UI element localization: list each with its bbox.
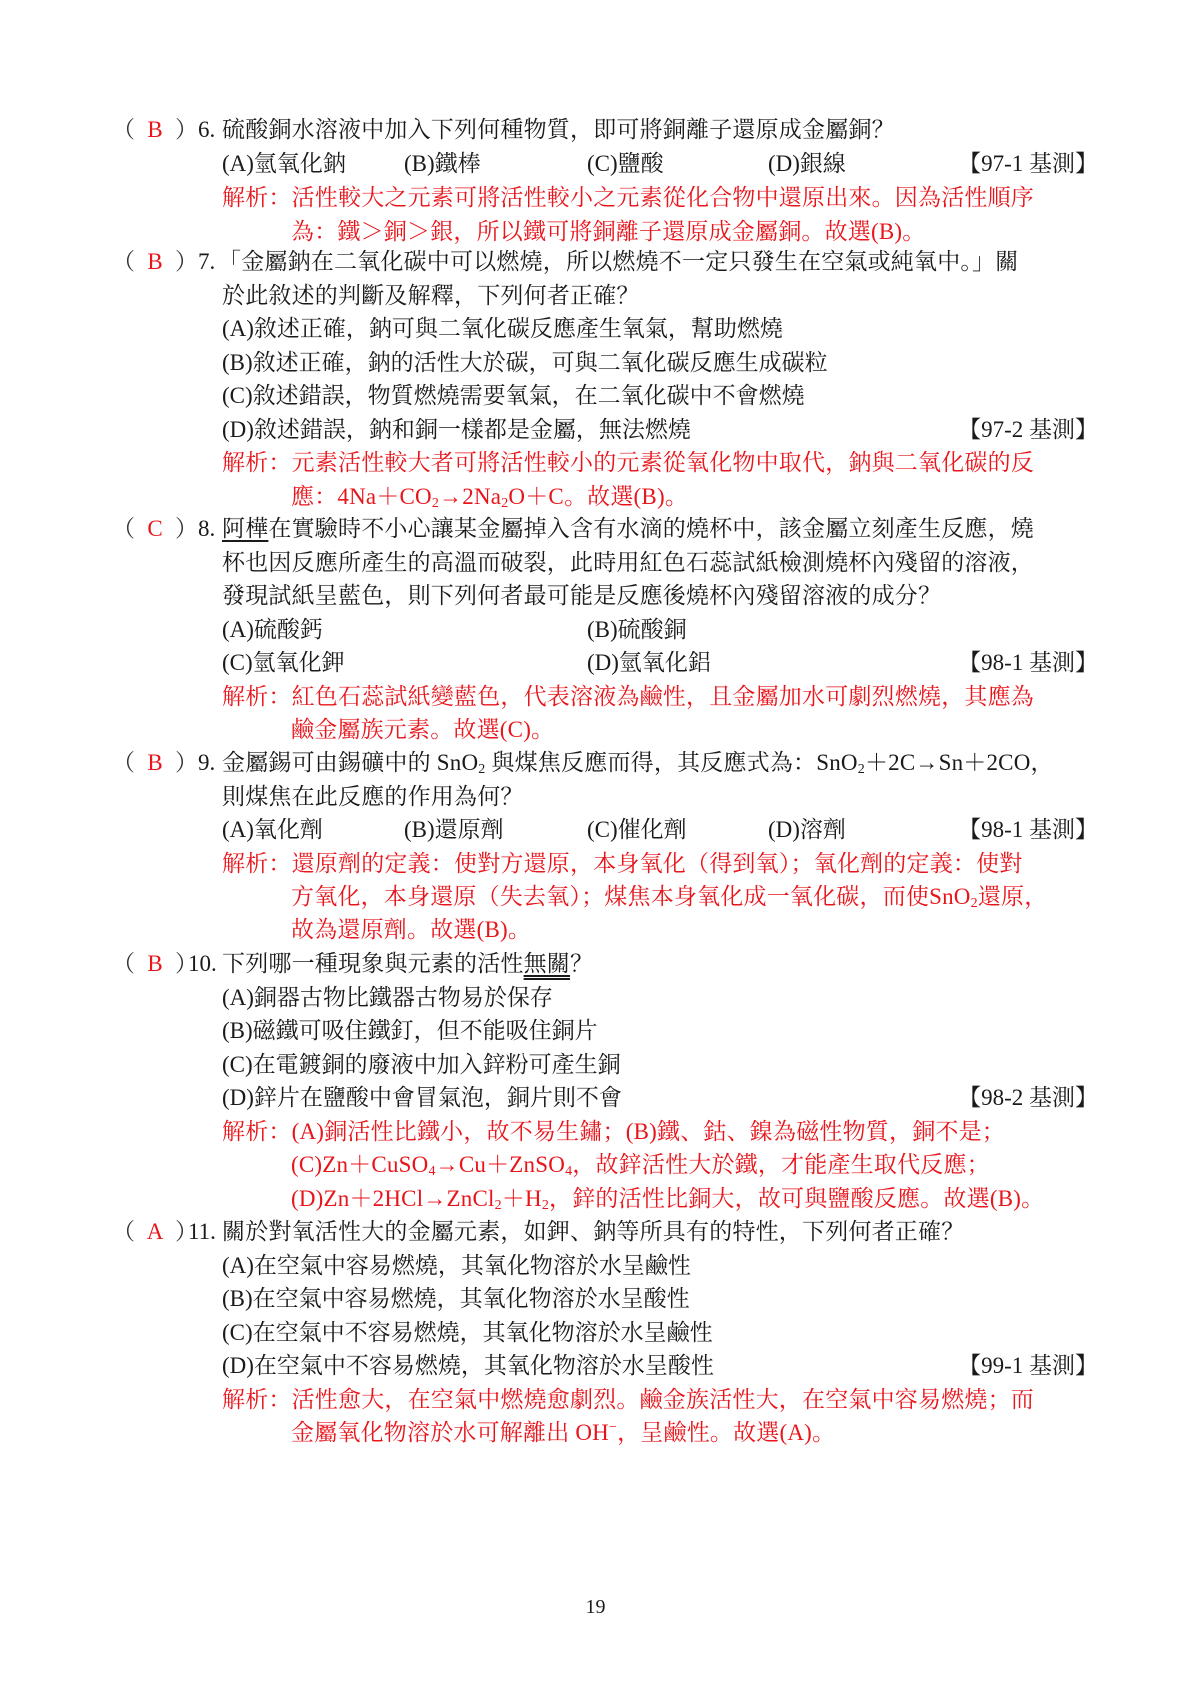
answer-box-q11: （A）: [112, 1214, 198, 1250]
answer-letter: B: [135, 946, 175, 982]
option-d: (D)溶劑: [768, 812, 846, 848]
text-segment: ，鋅的活性比銅大，故可與鹽酸反應。故選(B)。: [549, 1186, 1044, 1211]
answer-letter: C: [135, 511, 175, 547]
question-number: 9.: [198, 745, 215, 781]
option-b: (B)在空氣中容易燃燒，其氧化物溶於水呈酸性: [222, 1281, 690, 1317]
analysis: 解析：還原劑的定義：使對方還原，本身氧化（得到氧）；氧化劑的定義：使對: [222, 846, 1023, 882]
question-stem: 下列哪一種現象與元素的活性無關？: [222, 946, 593, 982]
option-d: (D)鋅片在鹽酸中會冒氣泡，銅片則不會: [222, 1080, 622, 1116]
analysis-line: 應：4Na＋CO2→2Na2O＋C。故選(B)。: [291, 479, 688, 515]
text-segment: 金屬氧化物溶於水可解離出 OH: [291, 1420, 609, 1445]
analysis: 解析：元素活性較大者可將活性較小的元素從氧化物中取代，鈉與二氧化碳的反: [222, 445, 1034, 481]
text-segment: ＋H: [502, 1186, 542, 1211]
option-a: (A)硫酸鈣: [222, 612, 323, 648]
option-b: (B)敘述正確，鈉的活性大於碳，可與二氧化碳反應生成碳粒: [222, 345, 828, 381]
option-d: (D)銀線: [768, 146, 846, 182]
analysis-line: (C)Zn＋CuSO4→Cu＋ZnSO4，故鋅活性大於鐵，才能產生取代反應；: [291, 1147, 990, 1183]
text-segment: →2Na: [439, 484, 501, 509]
question-stem: 則煤焦在此反應的作用為何？: [222, 779, 524, 815]
option-c: (C)氫氧化鉀: [222, 645, 345, 681]
analysis-label: 解析：: [222, 185, 292, 210]
option-a: (A)在空氣中容易燃燒，其氧化物溶於水呈鹼性: [222, 1248, 691, 1284]
option-b: (B)鐵棒: [404, 146, 481, 182]
analysis-line: 鹼金屬族元素。故選(C)。: [291, 712, 554, 748]
subscript: 2: [495, 1198, 502, 1213]
question-stem: 「金屬鈉在二氧化碳中可以燃燒，所以燃燒不一定只發生在空氣或純氧中。」關: [218, 244, 1019, 280]
paren-open: （: [112, 249, 135, 274]
emphasized-word: 無關: [524, 951, 570, 976]
text-segment: 下列哪一種現象與元素的活性: [222, 951, 524, 976]
answer-box-q6: （B）: [112, 112, 198, 148]
option-a: (A)氫氧化鈉: [222, 146, 346, 182]
text-segment: 方氧化，本身還原（失去氧）；煤焦本身氧化成一氧化碳，而使SnO: [291, 884, 971, 909]
analysis: 解析：活性較大之元素可將活性較小之元素從化合物中還原出來。因為活性順序: [222, 180, 1034, 216]
answer-box-q9: （B）: [112, 745, 198, 781]
option-c: (C)催化劑: [587, 812, 687, 848]
text-segment: ，呈鹼性。故選(A)。: [617, 1420, 835, 1445]
exam-source-tag: 【97-1 基測】: [958, 146, 1098, 182]
question-stem: 關於對氧活性大的金屬元素，如鉀、鈉等所具有的特性，下列何者正確？: [222, 1214, 964, 1250]
subscript: 4: [428, 1164, 435, 1179]
text-segment: ＋2C→Sn＋2CO，: [865, 750, 1054, 775]
text-segment: ？: [570, 951, 593, 976]
text-segment: (D)Zn＋2HCl→ZnCl: [291, 1186, 495, 1211]
paren-close: ）: [175, 516, 198, 541]
option-a: (A)銅器古物比鐵器古物易於保存: [222, 980, 553, 1016]
question-stem: 於此敘述的判斷及解釋，下列何者正確？: [222, 278, 640, 314]
question-number: 7.: [198, 244, 215, 280]
paren-open: （: [112, 516, 135, 541]
page-number: 19: [0, 1595, 1191, 1619]
question-stem: 杯也因反應所產生的高溫而破裂，此時用紅色石蕊試紙檢測燒杯內殘留的溶液，: [222, 545, 1034, 581]
question-stem: 硫酸銅水溶液中加入下列何種物質，即可將銅離子還原成金屬銅？: [222, 112, 895, 148]
analysis-line: 活性愈大，在空氣中燃燒愈劇烈。鹼金族活性大，在空氣中容易燃燒；而: [292, 1387, 1034, 1412]
analysis-line: 紅色石蕊試紙變藍色，代表溶液為鹼性，且金屬加水可劇烈燃燒，其應為: [292, 684, 1034, 709]
analysis-line: 故為還原劑。故選(B)。: [291, 912, 531, 948]
superscript: −: [609, 1420, 617, 1435]
answer-box-q7: （B）: [112, 244, 198, 280]
paren-close: ）: [175, 249, 198, 274]
exam-source-tag: 【98-2 基測】: [958, 1080, 1098, 1116]
question-stem: 阿樺在實驗時不小心讓某金屬掉入含有水滴的燒杯中，該金屬立刻產生反應，燒: [222, 511, 1034, 547]
subscript: 2: [971, 896, 978, 911]
option-d: (D)在空氣中不容易燃燒，其氧化物溶於水呈酸性: [222, 1348, 714, 1384]
exam-page: （B） 6. 硫酸銅水溶液中加入下列何種物質，即可將銅離子還原成金屬銅？ (A)…: [0, 0, 1191, 1684]
option-b: (B)硫酸銅: [587, 612, 687, 648]
analysis-label: 解析：: [222, 1387, 292, 1412]
text-segment: 金屬錫可由錫礦中的 SnO: [222, 750, 478, 775]
answer-box-q8: （C）: [112, 511, 198, 547]
answer-letter: B: [135, 244, 175, 280]
exam-source-tag: 【97-2 基測】: [958, 412, 1098, 448]
exam-source-tag: 【99-1 基測】: [958, 1348, 1098, 1384]
answer-letter: B: [135, 745, 175, 781]
question-number: 11.: [188, 1214, 216, 1250]
option-d: (D)敘述錯誤，鈉和銅一樣都是金屬，無法燃燒: [222, 412, 691, 448]
option-a: (A)氧化劑: [222, 812, 323, 848]
subscript: 2: [542, 1198, 549, 1213]
exam-source-tag: 【98-1 基測】: [958, 812, 1098, 848]
question-stem: 金屬錫可由錫礦中的 SnO2 與煤焦反應而得，其反應式為：SnO2＋2C→Sn＋…: [222, 745, 1054, 781]
text-segment: 應：4Na＋CO: [291, 484, 432, 509]
question-number: 6.: [198, 112, 215, 148]
analysis-line: (A)銅活性比鐵小，故不易生鏽；(B)鐵、鈷、鎳為磁性物質，銅不是；: [292, 1119, 1005, 1144]
analysis-label: 解析：: [222, 851, 292, 876]
analysis-label: 解析：: [222, 450, 292, 475]
paren-open: （: [112, 1219, 135, 1244]
analysis-line: 方氧化，本身還原（失去氧）；煤焦本身氧化成一氧化碳，而使SnO2還原，: [291, 879, 1047, 915]
subscript: 2: [858, 762, 865, 777]
option-c: (C)在電鍍銅的廢液中加入鋅粉可產生銅: [222, 1047, 621, 1083]
analysis-line: 元素活性較大者可將活性較小的元素從氧化物中取代，鈉與二氧化碳的反: [292, 450, 1034, 475]
analysis-label: 解析：: [222, 1119, 292, 1144]
paren-close: ）: [175, 750, 198, 775]
subscript: 2: [432, 496, 439, 511]
exam-source-tag: 【98-1 基測】: [958, 645, 1098, 681]
question-stem: 發現試紙呈藍色，則下列何者最可能是反應後燒杯內殘留溶液的成分？: [222, 578, 941, 614]
question-number: 10.: [188, 946, 217, 982]
paren-open: （: [112, 750, 135, 775]
paren-open: （: [112, 951, 135, 976]
paren-close: ）: [175, 117, 198, 142]
text-segment: 在實驗時不小心讓某金屬掉入含有水滴的燒杯中，該金屬立刻產生反應，燒: [268, 516, 1034, 541]
option-a: (A)敘述正確，鈉可與二氧化碳反應產生氧氣，幫助燃燒: [222, 311, 783, 347]
text-segment: ，故鋅活性大於鐵，才能產生取代反應；: [572, 1152, 990, 1177]
analysis: 解析：(A)銅活性比鐵小，故不易生鏽；(B)鐵、鈷、鎳為磁性物質，銅不是；: [222, 1114, 1005, 1150]
option-c: (C)敘述錯誤，物質燃燒需要氧氣，在二氧化碳中不會燃燒: [222, 378, 805, 414]
text-segment: (C)Zn＋CuSO: [291, 1152, 428, 1177]
option-d: (D)氫氧化鋁: [587, 645, 711, 681]
answer-letter: B: [135, 112, 175, 148]
analysis-line: 活性較大之元素可將活性較小之元素從化合物中還原出來。因為活性順序: [292, 185, 1034, 210]
option-c: (C)鹽酸: [587, 146, 664, 182]
option-b: (B)還原劑: [404, 812, 504, 848]
text-segment: 還原，: [978, 884, 1048, 909]
analysis-line: 金屬氧化物溶於水可解離出 OH−，呈鹼性。故選(A)。: [291, 1415, 835, 1451]
answer-letter: A: [135, 1214, 175, 1250]
analysis: 解析：活性愈大，在空氣中燃燒愈劇烈。鹼金族活性大，在空氣中容易燃燒；而: [222, 1382, 1034, 1418]
analysis-label: 解析：: [222, 684, 292, 709]
person-name: 阿樺: [222, 516, 268, 541]
analysis-line: 還原劑的定義：使對方還原，本身氧化（得到氧）；氧化劑的定義：使對: [292, 851, 1023, 876]
paren-open: （: [112, 117, 135, 142]
option-b: (B)磁鐵可吸住鐵釘，但不能吸住銅片: [222, 1013, 598, 1049]
text-segment: →Cu＋ZnSO: [436, 1152, 565, 1177]
option-c: (C)在空氣中不容易燃燒，其氧化物溶於水呈鹼性: [222, 1315, 713, 1351]
text-segment: O＋C。故選(B)。: [508, 484, 688, 509]
analysis: 解析：紅色石蕊試紙變藍色，代表溶液為鹼性，且金屬加水可劇烈燃燒，其應為: [222, 679, 1034, 715]
question-number: 8.: [198, 511, 215, 547]
analysis-line: (D)Zn＋2HCl→ZnCl2＋H2，鋅的活性比銅大，故可與鹽酸反應。故選(B…: [291, 1181, 1044, 1217]
text-segment: 與煤焦反應而得，其反應式為：SnO: [485, 750, 857, 775]
answer-box-q10: （B）: [112, 946, 198, 982]
